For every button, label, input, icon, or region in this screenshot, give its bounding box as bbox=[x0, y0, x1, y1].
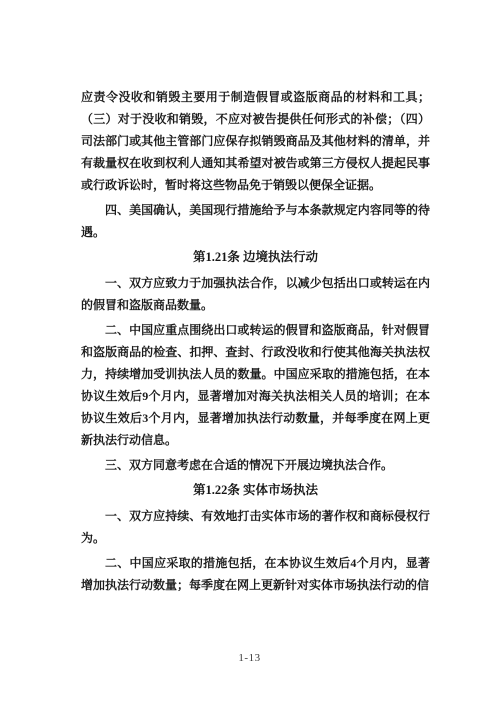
paragraph-1-21-item-1: 一、双方应致力于加强执法合作，以减少包括出口或转运在内的假冒和盗版商品数量。 bbox=[81, 272, 430, 316]
paragraph-continuation: 应责令没收和销毁主要用于制造假冒或盗版商品的材料和工具；（三）对于没收和销毁，不… bbox=[81, 86, 430, 196]
section-heading-article-1-22: 第1.22条 实体市场执法 bbox=[81, 479, 430, 501]
paragraph-1-21-item-3: 三、双方同意考虑在合适的情况下开展边境执法合作。 bbox=[81, 454, 430, 476]
paragraph-item-4: 四、美国确认，美国现行措施给予与本条款规定内容同等的待遇。 bbox=[81, 199, 430, 243]
page-number: 1-13 bbox=[0, 651, 499, 665]
paragraph-1-22-item-2: 二、中国应采取的措施包括，在本协议生效后4个月内，显著增加执法行动数量；每季度在… bbox=[81, 552, 430, 596]
document-page: 应责令没收和销毁主要用于制造假冒或盗版商品的材料和工具；（三）对于没收和销毁，不… bbox=[0, 0, 499, 706]
document-body: 应责令没收和销毁主要用于制造假冒或盗版商品的材料和工具；（三）对于没收和销毁，不… bbox=[81, 86, 430, 599]
section-heading-article-1-21: 第1.21条 边境执法行动 bbox=[81, 246, 430, 268]
paragraph-1-21-item-2: 二、中国应重点围绕出口或转运的假冒和盗版商品，针对假冒和盗版商品的检查、扣押、查… bbox=[81, 319, 430, 451]
paragraph-1-22-item-1: 一、双方应持续、有效地打击实体市场的著作权和商标侵权行为。 bbox=[81, 505, 430, 549]
